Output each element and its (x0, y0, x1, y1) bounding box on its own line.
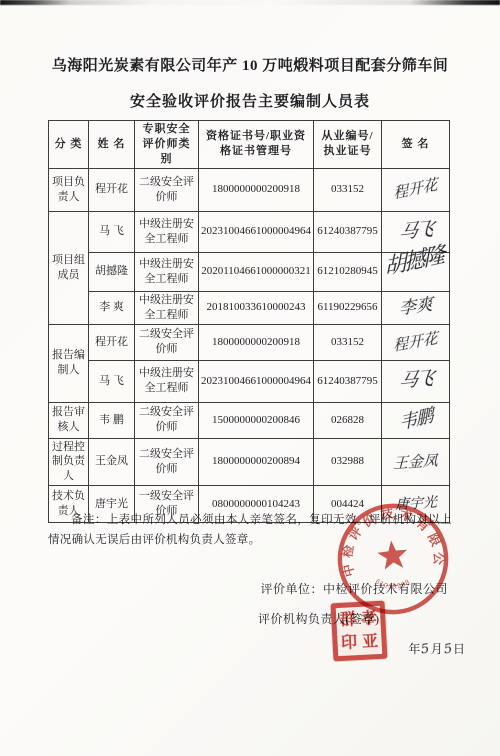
appraiser-type: 中级注册安全工程师 (135, 211, 199, 252)
svg-text:61019908: 61019908 (373, 575, 411, 593)
appraiser-type: 二级安全评价师 (135, 438, 199, 486)
person-name: 马 飞 (89, 360, 135, 402)
table-row: 项目组成员 马 飞 中级注册安全工程师 20231004661000004964… (49, 211, 450, 252)
seal-char: 孝 (360, 611, 377, 628)
handwritten-signature: 程开花 (393, 175, 438, 205)
appraiser-type: 中级注册安全工程师 (135, 360, 199, 402)
person-name: 程开花 (89, 168, 135, 211)
signature-cell: 胡撼隆 (382, 252, 450, 291)
header-license-number: 从业编号/执业证号 (314, 121, 382, 169)
seal-star-icon (376, 539, 409, 570)
handwritten-signature: 韦鹏 (398, 404, 433, 437)
cert-number: 20231004661000004964 (199, 360, 314, 402)
license-number: 026828 (314, 402, 382, 438)
category-report-compilers: 报告编制人 (49, 324, 89, 402)
cert-number: 20201104661000000321 (199, 252, 314, 291)
seal-char: 亚 (362, 634, 379, 651)
appraiser-type: 二级安全评价师 (135, 324, 199, 360)
cert-number: 20231004661000004964 (199, 211, 314, 252)
table-row: 项目负责人 程开花 二级安全评价师 1800000000200918 03315… (49, 168, 450, 211)
handwritten-signature: 程开花 (393, 328, 438, 356)
person-name: 李 爽 (89, 291, 135, 324)
category-process-control-leader: 过程控制负责人 (49, 438, 89, 486)
license-number: 033152 (314, 168, 382, 211)
license-number: 032988 (314, 438, 382, 486)
signature-cell: 程开花 (382, 168, 450, 211)
table-row: 报告审核人 韦 鹏 二级安全评价师 1500000000200846 02682… (49, 402, 450, 438)
handwritten-signature: 马飞 (398, 217, 434, 247)
personnel-table: 分 类 姓 名 专职安全评价师类别 资格证书号/职业资格证书管理号 从业编号/执… (48, 120, 450, 523)
signature-cell: 韦鹏 (382, 402, 450, 438)
cert-number: 1800000000200918 (199, 168, 314, 211)
cert-number: 1800000000200894 (199, 438, 314, 486)
category-project-members: 项目组成员 (49, 211, 89, 324)
date-line: 年5月5日 (408, 640, 466, 657)
person-name: 马 飞 (89, 211, 135, 252)
signature-cell: 程开花 (382, 324, 450, 360)
cert-number: 201810033610000243 (199, 291, 314, 324)
document-title-line1: 乌海阳光炭素有限公司年产 10 万吨煅料项目配套分筛车间 (0, 54, 500, 75)
table-row: 胡撼隆 中级注册安全工程师 20201104661000000321 61210… (49, 252, 450, 291)
seal-char: 印 (341, 635, 358, 652)
person-name: 胡撼隆 (89, 252, 135, 291)
date-day-handwritten: 5 (443, 641, 454, 657)
category-project-leader: 项目负责人 (49, 168, 89, 211)
license-number: 033152 (314, 324, 382, 360)
date-month-label: 月 (431, 642, 444, 656)
square-name-seal: 群 孝 印 亚 (331, 601, 388, 662)
date-day-label: 日 (453, 642, 466, 656)
signature-cell: 李爽 (382, 291, 450, 324)
license-number: 61210280945 (314, 252, 382, 291)
table-row: 马 飞 中级注册安全工程师 20231004661000004964 61240… (49, 360, 450, 402)
header-appraiser-type: 专职安全评价师类别 (135, 121, 199, 169)
person-name: 王金凤 (89, 438, 135, 486)
handwritten-signature: 王金凤 (393, 450, 439, 473)
signature-cell: 王金凤 (382, 438, 450, 486)
appraiser-type: 二级安全评价师 (135, 402, 199, 438)
scan-artifact-strip (0, 0, 500, 5)
document-title-line2: 安全验收评价报告主要编制人员表 (0, 90, 500, 111)
person-name: 程开花 (89, 324, 135, 360)
license-number: 61190229656 (314, 291, 382, 324)
header-name: 姓 名 (89, 121, 135, 169)
appraiser-type: 二级安全评价师 (135, 168, 199, 211)
cert-number: 1500000000200846 (199, 402, 314, 438)
person-name: 韦 鹏 (89, 402, 135, 438)
appraiser-type: 中级注册安全工程师 (135, 252, 199, 291)
handwritten-signature: 马飞 (397, 367, 433, 396)
header-row: 分 类 姓 名 专职安全评价师类别 资格证书号/职业资格证书管理号 从业编号/执… (49, 121, 450, 169)
header-category: 分 类 (49, 121, 89, 169)
signature-cell: 马飞 (382, 360, 450, 402)
table-row: 报告编制人 程开花 二级安全评价师 1800000000200918 03315… (49, 324, 450, 360)
header-signature: 签 名 (382, 121, 450, 169)
scanned-document-page: 乌海阳光炭素有限公司年产 10 万吨煅料项目配套分筛车间 安全验收评价报告主要编… (0, 0, 500, 756)
handwritten-signature: 李爽 (398, 294, 432, 322)
appraiser-type: 中级注册安全工程师 (135, 291, 199, 324)
license-number: 61240387795 (314, 211, 382, 252)
header-cert-number: 资格证书号/职业资格证书管理号 (199, 121, 314, 169)
table-row: 李 爽 中级注册安全工程师 201810033610000243 6119022… (49, 291, 450, 324)
seal-char: 群 (339, 612, 356, 629)
seal-registration-number: 61019908 (373, 575, 411, 593)
cert-number: 1800000000200918 (199, 324, 314, 360)
license-number: 61240387795 (314, 360, 382, 402)
category-report-reviewer: 报告审核人 (49, 402, 89, 438)
table-row: 过程控制负责人 王金凤 二级安全评价师 1800000000200894 032… (49, 438, 450, 486)
